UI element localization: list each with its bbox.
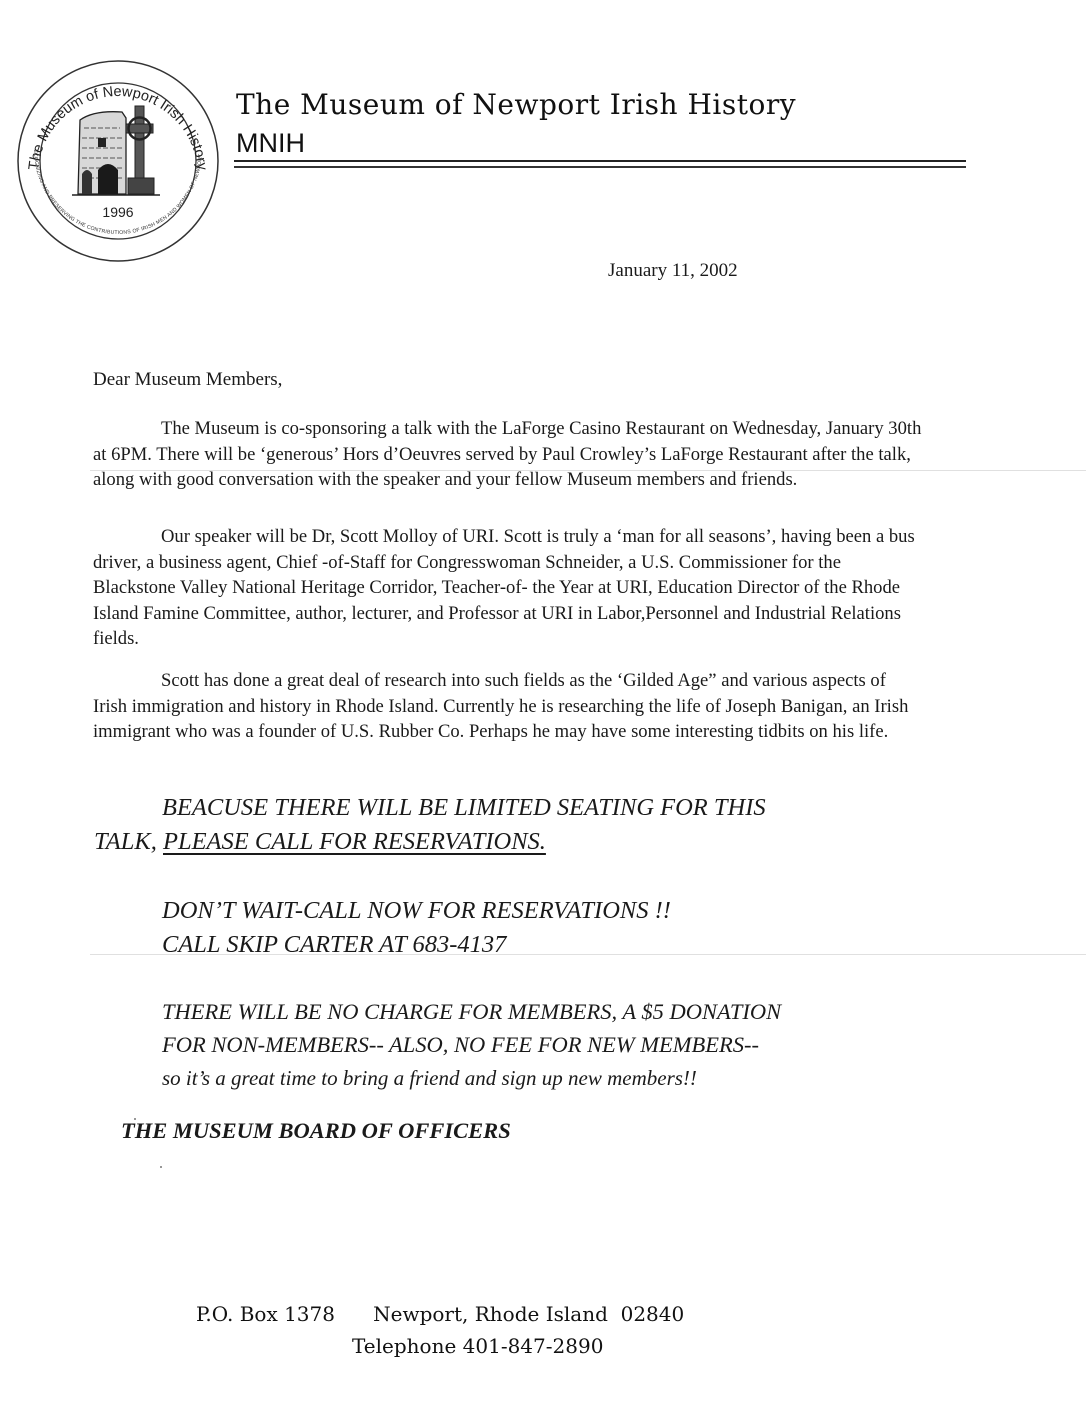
fee-notice-line2: FOR NON-MEMBERS-- ALSO, NO FEE FOR NEW M…	[162, 1029, 759, 1061]
call-now-notice: DON’T WAIT-CALL NOW FOR RESERVATIONS !!	[162, 895, 671, 927]
paragraph-research: Scott has done a great deal of research …	[93, 668, 923, 745]
scan-speck	[134, 1118, 136, 1120]
letterhead-rule-top	[234, 160, 966, 162]
paragraph-event-text: The Museum is co-sponsoring a talk with …	[93, 418, 921, 490]
footer-telephone: Telephone 401-847-2890	[352, 1334, 603, 1358]
paragraph-speaker-text: Our speaker will be Dr, Scott Molloy of …	[93, 526, 915, 649]
footer-address: P.O. Box 1378 Newport, Rhode Island 0284…	[196, 1302, 684, 1326]
seal-year: 1996	[102, 204, 133, 220]
seating-notice-prefix: TALK,	[94, 828, 163, 855]
seating-notice-line2: TALK, PLEASE CALL FOR RESERVATIONS.	[94, 826, 546, 858]
paragraph-event: The Museum is co-sponsoring a talk with …	[93, 416, 923, 493]
paragraph-speaker: Our speaker will be Dr, Scott Molloy of …	[93, 524, 923, 652]
letterhead-rule-bottom	[234, 166, 966, 168]
fee-notice-line1: THERE WILL BE NO CHARGE FOR MEMBERS, A $…	[162, 996, 781, 1028]
tower-and-celtic-cross-icon	[72, 106, 160, 195]
seal-graphic: The Museum of Newport Irish History RECO…	[14, 58, 222, 264]
scan-fold-line	[90, 470, 1086, 471]
contact-phone-notice: CALL SKIP CARTER AT 683-4137	[162, 929, 506, 961]
letterhead-title: The Museum of Newport Irish History	[236, 88, 796, 121]
salutation: Dear Museum Members,	[93, 369, 282, 391]
call-for-reservations-emphasis: PLEASE CALL FOR RESERVATIONS.	[163, 828, 546, 855]
letter-date: January 11, 2002	[608, 260, 738, 282]
museum-seal-logo: The Museum of Newport Irish History RECO…	[14, 58, 222, 264]
fee-notice-line3: so it’s a great time to bring a friend a…	[162, 1062, 697, 1094]
letterhead-abbreviation: MNIH	[236, 128, 305, 159]
paragraph-research-text: Scott has done a great deal of research …	[93, 670, 908, 742]
signature: THE MUSEUM BOARD OF OFFICERS	[121, 1118, 511, 1144]
scan-fold-line	[90, 954, 1086, 955]
seating-notice-line1: BEACUSE THERE WILL BE LIMITED SEATING FO…	[162, 792, 766, 824]
scan-speck	[160, 1166, 162, 1168]
